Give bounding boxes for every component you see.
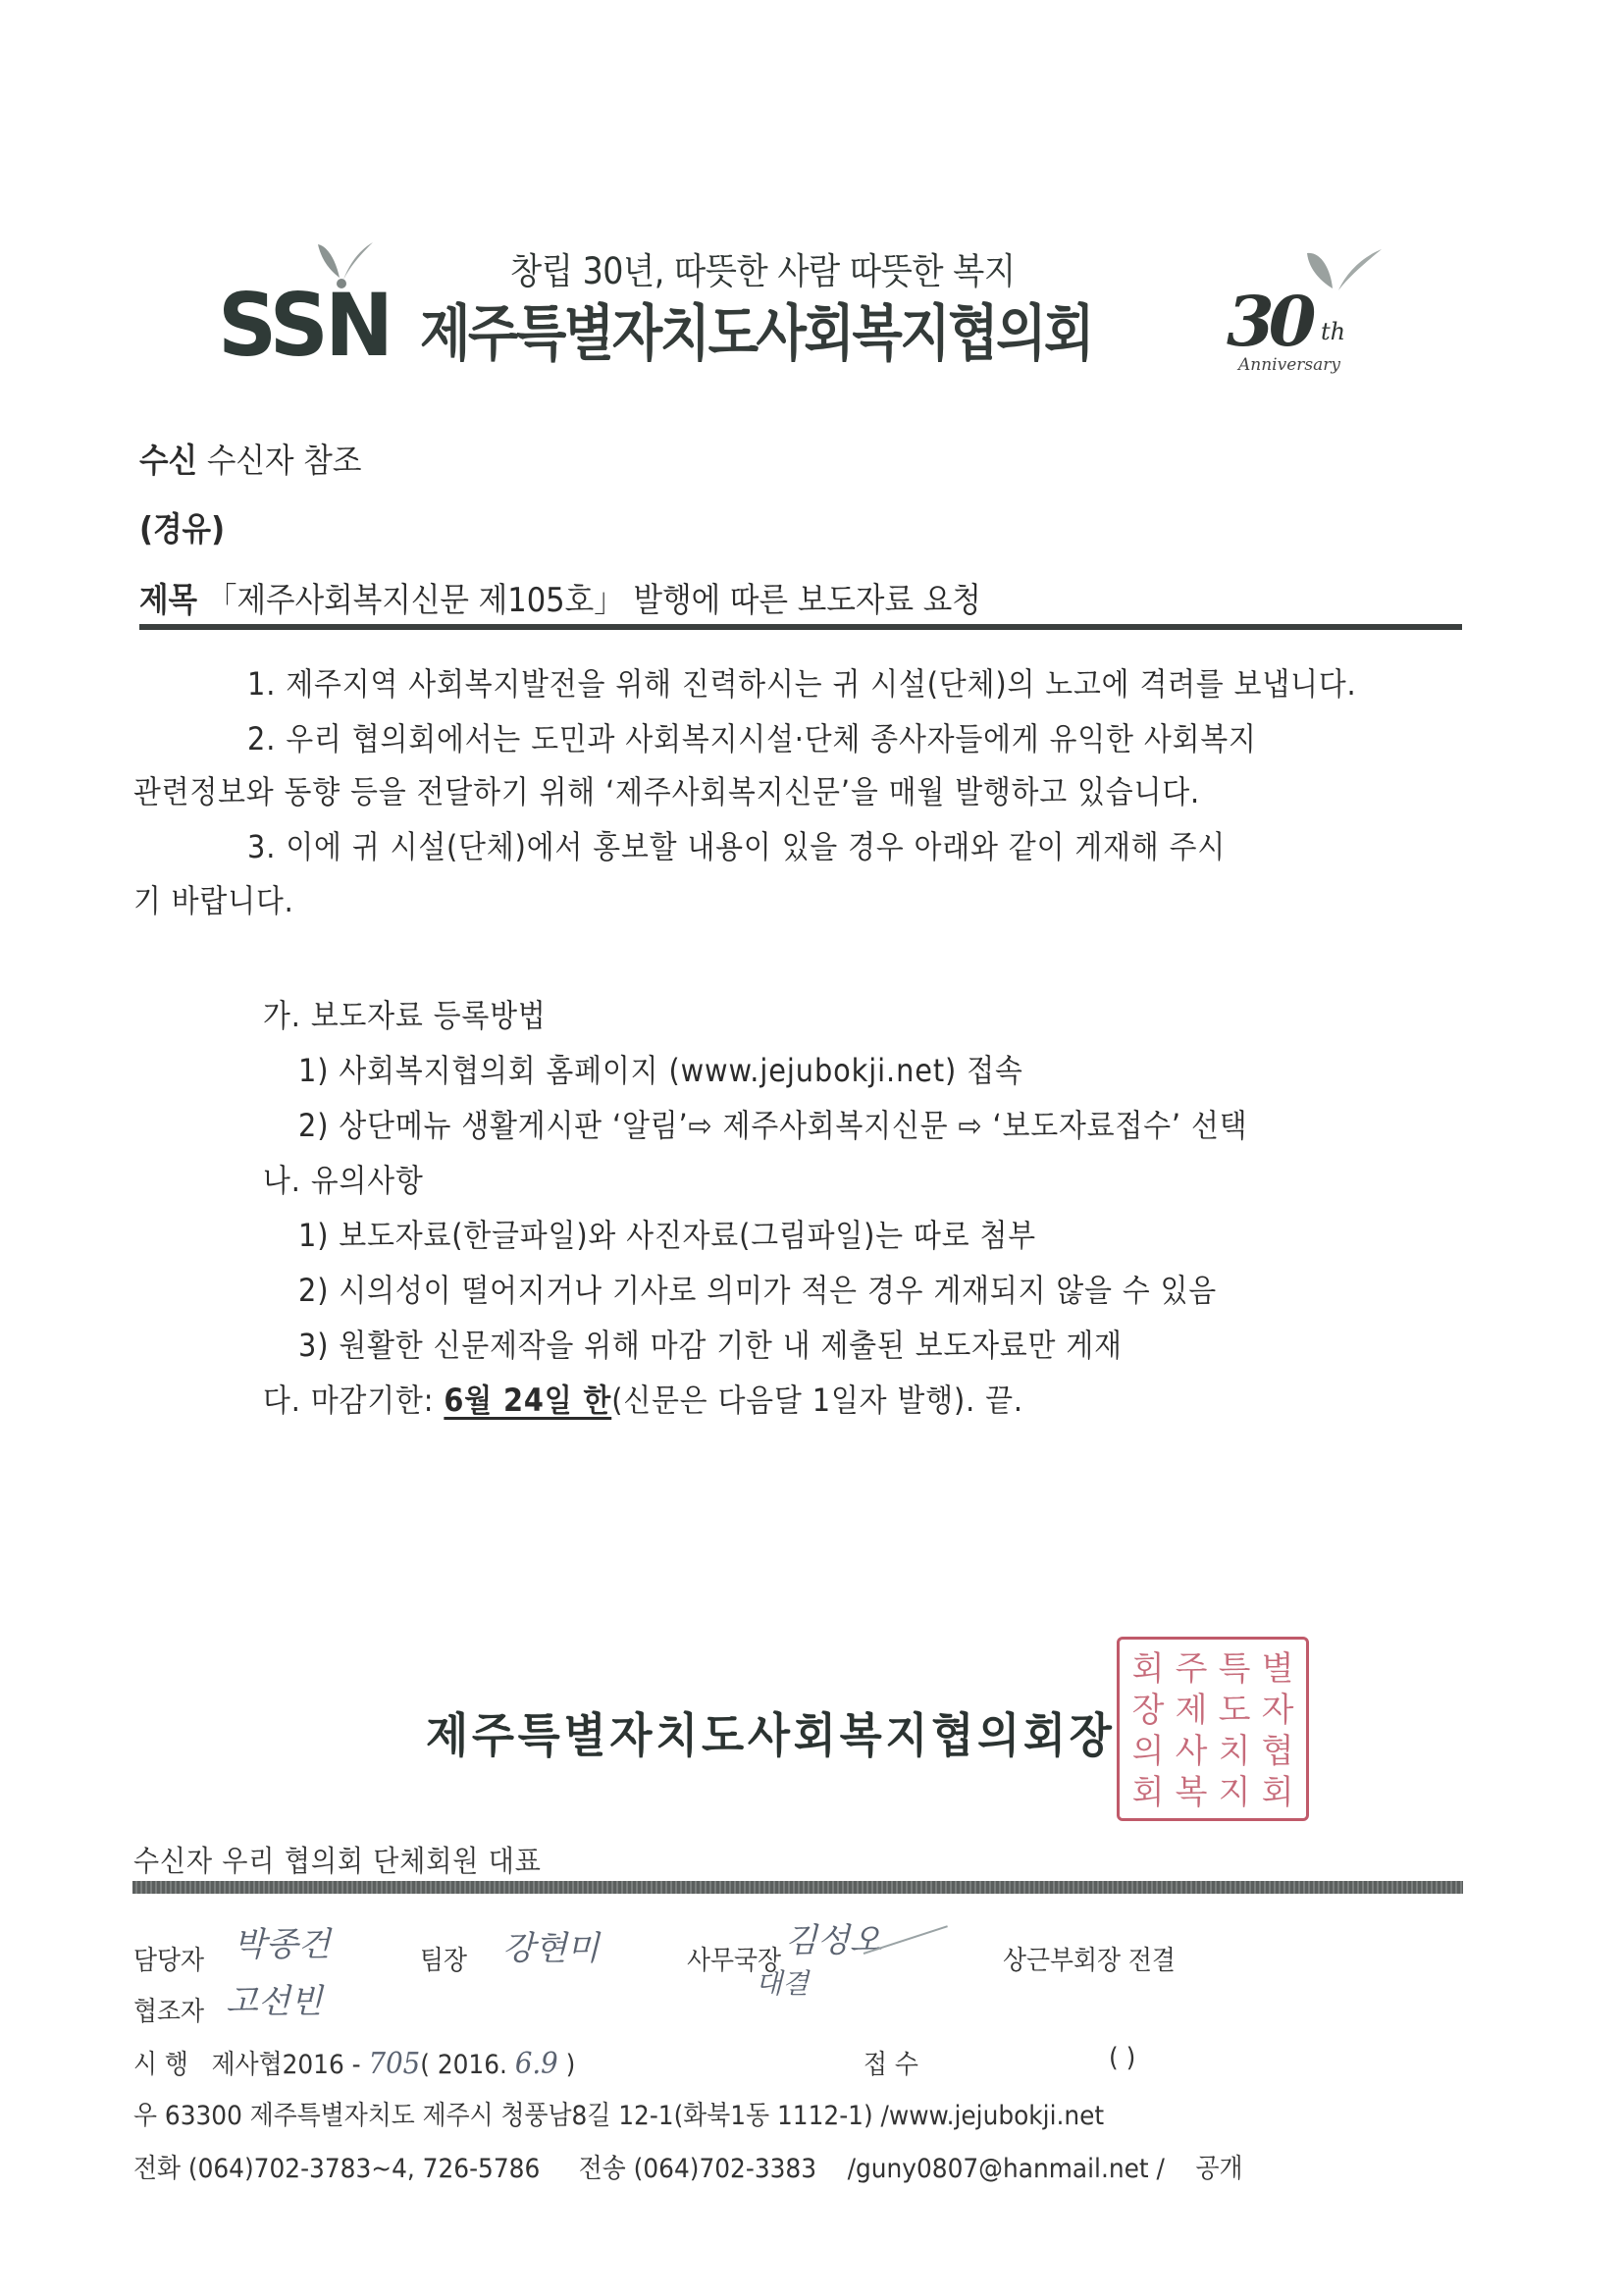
paragraph-3-line-1: 3. 이에 귀 시설(단체)에서 홍보할 내용이 있을 경우 아래와 같이 게재… <box>247 822 1226 867</box>
section-a-title: 가. 보도자료 등록방법 <box>263 991 547 1036</box>
seal-char: 주 <box>1171 1649 1212 1689</box>
recipient-value: 수신자 참조 <box>207 442 362 481</box>
recipient-label: 수신 <box>139 442 197 481</box>
subject-value: 「제주사회복지신문 제105호」 발행에 따른 보도자료 요청 <box>207 581 981 620</box>
staff-label: 담당자 <box>133 1939 204 1977</box>
sender-signature: 제주특별자치도사회복지협의회장 <box>426 1697 1116 1765</box>
section-b-title: 나. 유의사항 <box>263 1156 424 1201</box>
anniversary-number: 30 <box>1227 281 1310 362</box>
team-lead-label: 팀장 <box>420 1939 467 1977</box>
deadline-suffix: (신문은 다음달 1일자 발행). 끝. <box>611 1382 1023 1419</box>
seal-char: 특 <box>1214 1649 1255 1689</box>
email: /guny0807@hanmail.net / <box>848 2154 1165 2184</box>
seal-char: 사 <box>1171 1732 1212 1771</box>
cooperator-label: 협조자 <box>133 1990 204 2028</box>
seal-char: 회 <box>1127 1649 1169 1689</box>
seal-char: 회 <box>1257 1773 1298 1812</box>
final-approval: 상근부회장 전결 <box>1003 1939 1176 1977</box>
seal-char: 별 <box>1257 1649 1298 1689</box>
via-label: (경유) <box>139 510 225 549</box>
document-number-prefix: 제사협2016 - <box>212 2050 369 2080</box>
seal-char: 협 <box>1257 1732 1298 1771</box>
subject-row: 제목 「제주사회복지신문 제105호」 발행에 따른 보도자료 요청 <box>139 573 981 621</box>
subject-label: 제목 <box>139 581 197 620</box>
date-suffix: ) <box>558 2050 576 2080</box>
ssn-logo: SSN <box>218 283 390 369</box>
deadline-prefix: 다. 마감기한: <box>263 1382 444 1419</box>
anniversary-word: Anniversary <box>1238 355 1340 375</box>
footer-divider <box>132 1881 1463 1894</box>
address: 우 63300 제주특별자치도 제주시 청풍남8길 12-1(화북1동 1112… <box>133 2094 1104 2132</box>
acting-approval-note: 대결 <box>756 1962 809 2002</box>
enforcement-row: 시 행 제사협2016 - 705( 2016. 6.9 ) <box>133 2043 575 2081</box>
seal-char: 치 <box>1214 1732 1255 1771</box>
date-handwritten: 6.9 <box>515 2047 558 2081</box>
receipt-label: 접 수 <box>864 2043 918 2081</box>
anniversary-suffix: th <box>1321 318 1345 345</box>
seal-char: 도 <box>1214 1691 1255 1730</box>
section-a-item: 2) 상단메뉴 생활게시판 ‘알림’⇨ 제주사회복지신문 ⇨ ‘보도자료접수’ … <box>298 1101 1248 1146</box>
subject-divider <box>139 624 1462 630</box>
paragraph-2-line-2: 관련정보와 동향 등을 전달하기 위해 ‘제주사회복지신문’을 매월 발행하고 … <box>133 767 1200 812</box>
seal-char: 장 <box>1127 1691 1169 1730</box>
recipient-row: 수신 수신자 참조 <box>139 434 361 482</box>
disclosure-status: 공개 <box>1195 2154 1242 2184</box>
seal-char: 복 <box>1171 1773 1212 1812</box>
seal-char: 제 <box>1171 1691 1212 1730</box>
paragraph-2-line-1: 2. 우리 협의회에서는 도민과 사회복지시설·단체 종사자들에게 유익한 사회… <box>247 714 1257 759</box>
fax: 전송 (064)702-3383 <box>579 2154 816 2184</box>
paragraph-1: 1. 제주지역 사회복지발전을 위해 진력하시는 귀 시설(단체)의 노고에 격… <box>247 659 1357 704</box>
paragraph-3-line-2: 기 바랍니다. <box>133 876 294 921</box>
section-b-item: 2) 시의성이 떨어지거나 기사로 의미가 적은 경우 게재되지 않을 수 있음 <box>298 1266 1217 1311</box>
secretary-general-signature: 김성오 <box>785 1913 882 1961</box>
seal-char: 자 <box>1257 1691 1298 1730</box>
enforcement-label: 시 행 <box>133 2050 188 2080</box>
staff-signature: 박종건 <box>234 1917 331 1965</box>
team-lead-signature: 강현미 <box>502 1921 600 1969</box>
recipient-list: 수신자 우리 협의회 단체회원 대표 <box>133 1837 542 1880</box>
cooperator-signature: 고선빈 <box>226 1974 323 2022</box>
section-a-item: 1) 사회복지협의회 홈페이지 (www.jejubokji.net) 접속 <box>298 1046 1023 1091</box>
phone: 전화 (064)702-3783~4, 726-5786 <box>133 2154 540 2184</box>
date-prefix: ( 2016. <box>420 2050 515 2080</box>
section-b-item: 1) 보도자료(한글파일)와 사진자료(그림파일)는 따로 첨부 <box>298 1211 1036 1256</box>
seal-char: 지 <box>1214 1773 1255 1812</box>
document-number-handwritten: 705 <box>369 2047 421 2081</box>
receipt-value: ( ) <box>1109 2043 1135 2073</box>
section-c-deadline-row: 다. 마감기한: 6월 24일 한(신문은 다음달 1일자 발행). 끝. <box>263 1376 1023 1421</box>
via-row: (경유) <box>139 502 225 550</box>
deadline-date: 6월 24일 한 <box>444 1382 611 1419</box>
official-seal: 회 주 특 별 장 제 도 자 의 사 치 협 회 복 지 회 <box>1117 1637 1309 1821</box>
section-b-item: 3) 원활한 신문제작을 위해 마감 기한 내 제출된 보도자료만 게재 <box>298 1321 1123 1366</box>
seal-char: 회 <box>1127 1773 1169 1812</box>
seal-char: 의 <box>1127 1732 1169 1771</box>
organization-name: 제주특별자치도사회복지협의회 <box>420 285 1092 372</box>
contact-row: 전화 (064)702-3783~4, 726-5786 전송 (064)702… <box>133 2147 1242 2185</box>
